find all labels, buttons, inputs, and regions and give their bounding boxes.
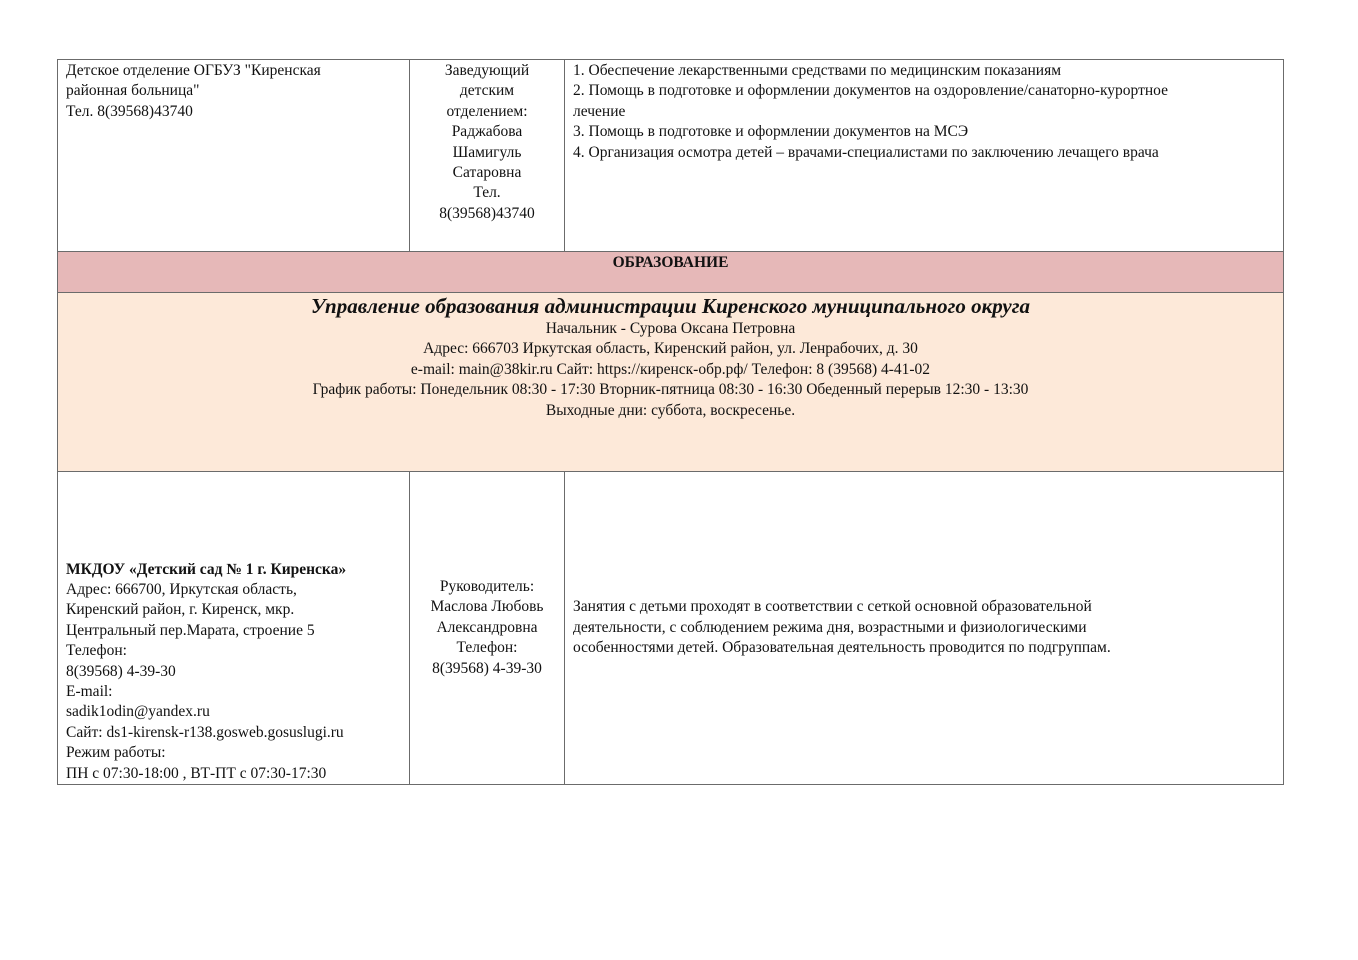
organization-line: Режим работы: [66, 743, 401, 763]
head-name: Раджабова [418, 122, 556, 142]
service-item: 3. Помощь в подготовке и оформлении доку… [573, 122, 1275, 142]
service-description: особенностями детей. Образовательная дея… [573, 638, 1275, 658]
head-name: Сатаровна [418, 163, 556, 183]
head-phone: 8(39568)43740 [418, 204, 556, 224]
head-line: детским [418, 81, 556, 101]
department-head: Начальник - Сурова Оксана Петровна [66, 319, 1275, 339]
head-line: отделением: [418, 102, 556, 122]
organization-hours: ПН с 07:30-18:00 , ВТ-ПТ с 07:30-17:30 [66, 764, 401, 784]
organization-line: Киренский район, г. Киренск, мкр. [66, 600, 401, 620]
service-item: лечение [573, 102, 1275, 122]
head-line: Руководитель: [418, 577, 556, 597]
department-row: Управление образования администрации Кир… [58, 293, 1284, 472]
head-name: Александровна [418, 618, 556, 638]
head-line: Заведующий [418, 61, 556, 81]
department-title: Управление образования администрации Кир… [66, 294, 1275, 318]
section-header: ОБРАЗОВАНИЕ [58, 252, 1284, 293]
service-item: 4. Организация осмотра детей – врачами-с… [573, 143, 1275, 163]
table-row-children-department: Детское отделение ОГБУЗ "Киренская район… [58, 60, 1284, 252]
department-contacts: e-mail: main@38kir.ru Сайт: https://кире… [66, 360, 1275, 380]
section-header-row: ОБРАЗОВАНИЕ [58, 252, 1284, 293]
head-cell: Руководитель: Маслова Любовь Александров… [410, 472, 565, 785]
head-name: Шамигуль [418, 143, 556, 163]
organization-line: Детское отделение ОГБУЗ "Киренская [66, 61, 401, 81]
department-address: Адрес: 666703 Иркутская область, Киренск… [66, 339, 1275, 359]
service-item: 2. Помощь в подготовке и оформлении доку… [573, 81, 1275, 101]
organization-line: Адрес: 666700, Иркутская область, [66, 580, 401, 600]
service-description: деятельности, с соблюдением режима дня, … [573, 618, 1275, 638]
service-item: 1. Обеспечение лекарственными средствами… [573, 61, 1275, 81]
organization-email: sadik1odin@yandex.ru [66, 702, 401, 722]
organization-phone: 8(39568) 4-39-30 [66, 662, 401, 682]
department-cell: Управление образования администрации Кир… [58, 293, 1284, 472]
head-cell: Заведующий детским отделением: Раджабова… [410, 60, 565, 252]
head-phone: 8(39568) 4-39-30 [418, 659, 556, 679]
organization-name: МКДОУ «Детский сад № 1 г. Киренска» [66, 560, 401, 580]
organization-line: Центральный пер.Марата, строение 5 [66, 621, 401, 641]
department-schedule: График работы: Понедельник 08:30 - 17:30… [66, 380, 1275, 400]
services-cell: 1. Обеспечение лекарственными средствами… [565, 60, 1284, 252]
services-cell: Занятия с детьми проходят в соответствии… [565, 472, 1284, 785]
organization-phone: Тел. 8(39568)43740 [66, 102, 401, 122]
organization-website: Сайт: ds1-kirensk-r138.gosweb.gosuslugi.… [66, 723, 401, 743]
service-description: Занятия с детьми проходят в соответствии… [573, 597, 1275, 617]
organization-line: E-mail: [66, 682, 401, 702]
head-phone-label: Тел. [418, 183, 556, 203]
organization-cell: Детское отделение ОГБУЗ "Киренская район… [58, 60, 410, 252]
organization-cell: МКДОУ «Детский сад № 1 г. Киренска» Адре… [58, 472, 410, 785]
head-phone-label: Телефон: [418, 638, 556, 658]
head-name: Маслова Любовь [418, 597, 556, 617]
table-row-kindergarten: МКДОУ «Детский сад № 1 г. Киренска» Адре… [58, 472, 1284, 785]
organization-line: Телефон: [66, 641, 401, 661]
services-table: Детское отделение ОГБУЗ "Киренская район… [57, 59, 1284, 785]
department-days-off: Выходные дни: суббота, воскресенье. [66, 401, 1275, 421]
organization-line: районная больница" [66, 81, 401, 101]
document-page: Детское отделение ОГБУЗ "Киренская район… [57, 59, 1283, 785]
